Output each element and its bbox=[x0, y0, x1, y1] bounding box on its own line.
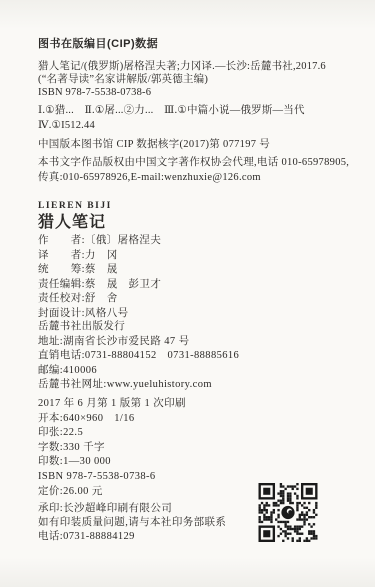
book-title: 猎人笔记 bbox=[38, 214, 357, 231]
cip-class-line-2: Ⅳ.①I512.44 bbox=[38, 118, 357, 134]
printing-sheets: 印张:22.5 bbox=[38, 426, 357, 441]
credits-list: 作 者:〔俄〕屠格涅夫 译 者:力 冈 统 筹:蔡 晟 责任编辑:蔡 晟 彭卫才… bbox=[38, 234, 357, 322]
copyright-page: 图书在版编目(CIP)数据 猎人笔记/(俄罗斯)屠格涅夫著;力冈译.—长沙:岳麓… bbox=[0, 0, 375, 587]
publisher-postcode: 邮编:410006 bbox=[38, 364, 357, 379]
printing-word-count: 字数:330 千字 bbox=[38, 441, 357, 456]
credit-value: 〔俄〕屠格涅夫 bbox=[85, 235, 161, 246]
cip-record-number: 中国版本图书馆 CIP 数据核字(2017)第 077197 号 bbox=[38, 137, 357, 152]
qr-code-image bbox=[258, 483, 318, 542]
cip-block: 图书在版编目(CIP)数据 猎人笔记/(俄罗斯)屠格涅夫著;力冈译.—长沙:岳麓… bbox=[38, 37, 357, 152]
publisher-phones: 直销电话:0731-88804152 0731-88885616 bbox=[38, 349, 357, 364]
qr-code-icon bbox=[258, 483, 318, 542]
credit-value: 蔡 晟 彭卫才 bbox=[85, 279, 161, 290]
cip-classification: Ⅰ.①猎... Ⅱ.①屠...②力... Ⅲ.①中篇小说—俄罗斯—当代 Ⅳ.①I… bbox=[38, 103, 357, 134]
credit-row-translator: 译 者:力 冈 bbox=[38, 249, 357, 264]
book-info-block: LIEREN BIJI 猎人笔记 作 者:〔俄〕屠格涅夫 译 者:力 冈 统 筹… bbox=[38, 200, 357, 322]
credit-value: 力 冈 bbox=[85, 250, 118, 261]
credit-value: 蔡 晟 bbox=[85, 264, 118, 275]
credit-row-coordinator: 统 筹:蔡 晟 bbox=[38, 263, 357, 278]
credit-row-editor: 责任编辑:蔡 晟 彭卫才 bbox=[38, 278, 357, 293]
credit-label: 译 者: bbox=[38, 249, 85, 264]
copyright-agency-block: 本书文字作品版权由中国文字著作权协会代理,电话 010-65978905, 传真… bbox=[38, 155, 357, 185]
printing-copies: 印数:1—30 000 bbox=[38, 455, 357, 470]
cip-series-line: (“名著导读”名家讲解版/郭英德主编) bbox=[38, 73, 357, 86]
publisher-block: 岳麓书社出版发行 地址:湖南省长沙市爱民路 47 号 直销电话:0731-888… bbox=[38, 320, 357, 393]
printing-format: 开本:640×960 1/16 bbox=[38, 412, 357, 427]
credit-row-author: 作 者:〔俄〕屠格涅夫 bbox=[38, 234, 357, 249]
cip-description: 猎人笔记/(俄罗斯)屠格涅夫著;力冈译.—长沙:岳麓书社,2017.6 (“名著… bbox=[38, 60, 357, 100]
printing-edition: 2017 年 6 月第 1 版第 1 次印刷 bbox=[38, 397, 357, 412]
credit-row-proofreader: 责任校对:舒 舍 bbox=[38, 292, 357, 307]
publisher-address: 地址:湖南省长沙市爱民路 47 号 bbox=[38, 335, 357, 350]
credit-label: 责任校对: bbox=[38, 292, 85, 307]
credit-label: 统 筹: bbox=[38, 263, 85, 278]
credit-value: 舒 舍 bbox=[85, 293, 118, 304]
cip-heading: 图书在版编目(CIP)数据 bbox=[38, 37, 357, 51]
credit-value: 风格八号 bbox=[85, 308, 129, 319]
credit-label: 作 者: bbox=[38, 234, 85, 249]
cip-class-line-1: Ⅰ.①猎... Ⅱ.①屠...②力... Ⅲ.①中篇小说—俄罗斯—当代 bbox=[38, 103, 357, 119]
publisher-website: 岳麓书社网址:www.yueluhistory.com bbox=[38, 378, 357, 393]
publisher-name: 岳麓书社出版发行 bbox=[38, 320, 357, 335]
cip-isbn-line: ISBN 978-7-5538-0738-6 bbox=[38, 86, 357, 99]
agency-line-1: 本书文字作品版权由中国文字著作权协会代理,电话 010-65978905, bbox=[38, 155, 357, 170]
agency-line-2: 传真:010-65978926,E-mail:wenzhuxie@126.com bbox=[38, 170, 357, 185]
book-title-pinyin: LIEREN BIJI bbox=[38, 200, 357, 212]
cip-bibliography-line: 猎人笔记/(俄罗斯)屠格涅夫著;力冈译.—长沙:岳麓书社,2017.6 bbox=[38, 60, 357, 73]
credit-label: 责任编辑: bbox=[38, 278, 85, 293]
